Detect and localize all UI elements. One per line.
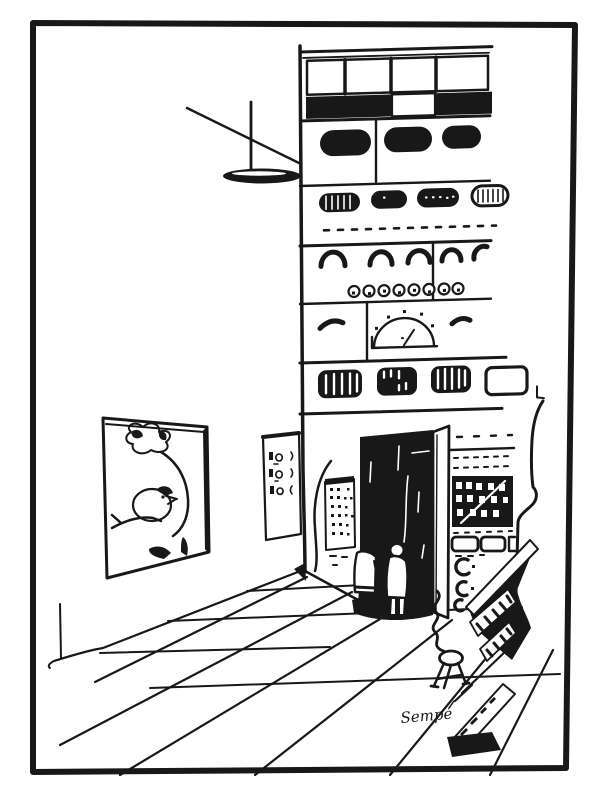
side-dash-row-2 [454,456,513,458]
indicator-band-row [306,92,492,119]
machine-top-rim [300,47,492,52]
figure-right-feet [387,616,407,617]
button-pill [384,126,432,152]
side-dash-row-4 [454,531,512,533]
arch-row [321,246,487,266]
figure-left-hem [355,587,375,588]
button-row [320,125,481,156]
stool [431,651,469,688]
lamp-shade-highlight [232,171,286,175]
window-row [307,56,488,95]
indicator-band-dark-left [306,94,392,118]
side-module-3 [509,537,515,551]
cartoon-illustration: Sempé [0,0,599,795]
side-dash-row-5 [456,555,484,556]
blank-module [486,367,527,395]
indicator-band-dark-right [435,92,492,116]
side-module-2 [481,537,505,551]
wall-panel [315,461,355,571]
wall-picture [103,418,209,578]
side-c-dials [455,559,469,611]
side-module-1 [452,537,478,551]
button-pill [320,129,371,156]
toggle-block [371,190,407,209]
side-dash-row-3 [454,466,513,468]
machine-panel [300,45,544,414]
signature: Sempé [400,701,454,727]
cartoon-page: Sempé [0,0,599,795]
wall-base-line [54,570,303,661]
door-panel [433,426,449,618]
wall-panel-marks [330,556,347,565]
switch-bank-row [318,363,544,404]
picture-frame-shadow-edge [206,430,208,551]
toggle-row [319,185,508,212]
picture-bird-eye [161,495,164,498]
button-pill [442,125,481,149]
notice-board [263,433,301,540]
dash-row-upper [324,226,496,231]
toggle-block [319,192,360,212]
figure-right-coat [386,556,407,598]
side-dash-row-1 [457,435,512,437]
indicator-band-light [392,93,435,116]
knob-row [349,283,464,297]
notice-board-frame [263,433,301,540]
stool-legs [434,663,466,688]
lamp-shade [223,169,301,184]
figure-left-feet [355,609,375,610]
signature-text: Sempé [400,705,453,727]
side-bracket-mark [537,386,544,398]
gauge-panel [320,308,470,349]
side-line [450,448,514,450]
lamp-wire [187,108,299,163]
switch-bank [318,369,362,398]
ceiling-lamp [187,102,301,184]
window-row-frame [307,56,488,95]
gauge-needle [402,330,414,345]
figure-left-head [361,539,373,551]
